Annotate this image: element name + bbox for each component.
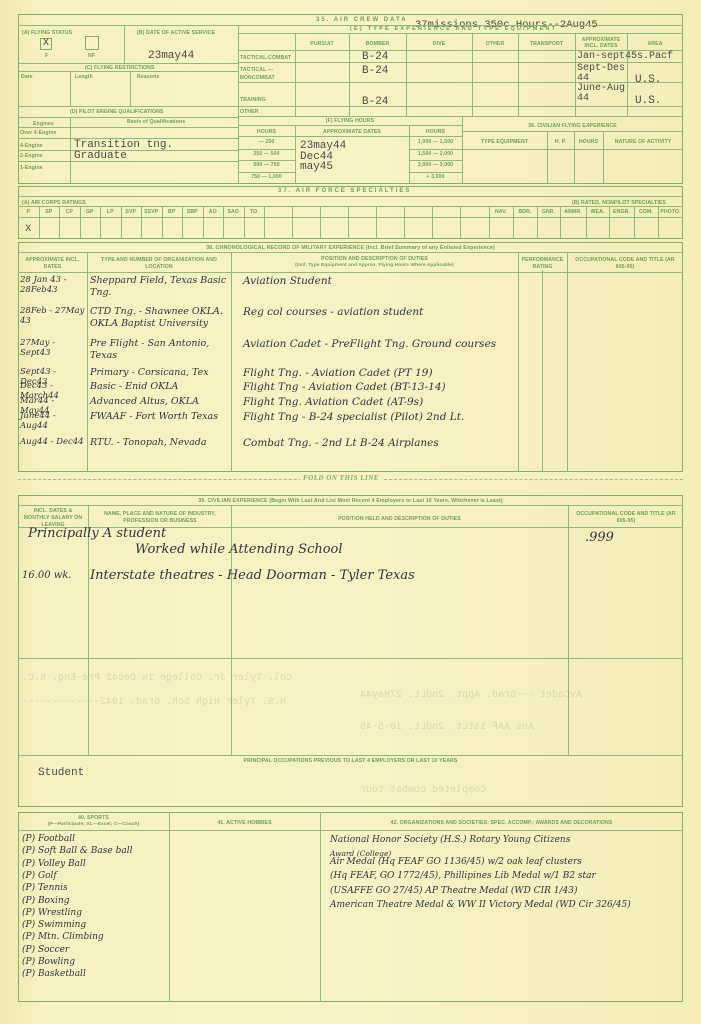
col-divider (586, 206, 587, 239)
bleed-through-text: Col. Tyler Jr. College 1½ Dec42 Pre-Eng.… (22, 673, 292, 684)
restriction-col-length: Length (75, 74, 93, 80)
approx-dates-col: APPROXIMATE DATES (295, 129, 409, 135)
flying-hours-range-right: 1,500 — 2,000 (409, 151, 462, 157)
civ-exp-col-name: NAME, PLACE AND NATURE OF INDUSTRY, PROF… (92, 511, 228, 525)
rating-ao: AO (203, 209, 224, 215)
mil-row-duties: Reg col courses - aviation student (243, 306, 518, 318)
nonpilot-armr: ARMR. (560, 209, 586, 215)
engine-row-2: 2-Engine (20, 153, 43, 159)
sports-item: (P) Boxing (22, 896, 69, 906)
row-other: OTHER (240, 109, 259, 115)
bleed-through-text: Completed combat tour (360, 785, 486, 796)
tactical-noncombat-dates: Sept-Des 44 (577, 64, 627, 84)
sports-item: (P) Wrestling (22, 908, 82, 918)
nonpilot-nav: NAV. (489, 209, 513, 215)
col-approx-dates: APPROXIMATE INCL. DATES (577, 37, 625, 49)
mil-row-org: CTD Tng. - Shawnee OKLA. OKLA Baptist Un… (90, 306, 232, 330)
bleed-through-text: Aus AAF 1stLt. 2ndLt. 10-5-45 (360, 722, 534, 733)
flying-status-f-label: F (45, 53, 48, 59)
row-divider (238, 149, 295, 150)
nonpilot-com: COM. (634, 209, 658, 215)
bleed-through-text: AvCadet ---Grad. Appt. 2ndLt. 27May44 (360, 690, 582, 701)
mil-row-org: Basic - Enid OKLA (90, 381, 232, 393)
col-divider (537, 206, 538, 239)
civ-col-hours: HOURS (574, 139, 603, 145)
rating-svp: SVP (121, 209, 142, 215)
col-divider (560, 206, 561, 239)
row-divider (409, 149, 462, 150)
award-line: Air Medal (Hq FEAF GO 1136/45) w/2 oak l… (330, 857, 582, 867)
mil-row-org: Sheppard Field, Texas Basic Tng. (90, 275, 232, 299)
mil-row-org: RTU. - Tonopah, Nevada (90, 437, 232, 449)
civ-col-nature: NATURE OF ACTIVITY (603, 139, 683, 145)
sports-item: (P) Swimming (22, 920, 86, 930)
rating-bp: BP (162, 209, 183, 215)
engine-row-over4: Over 4-Engine (20, 130, 56, 136)
civ-exp-col-position: POSITION HELD AND DESCRIPTION OF DUTIES (231, 516, 568, 522)
row-divider (238, 172, 295, 173)
hours-col-left: HOURS (238, 129, 295, 135)
civ-col-hp: H. P. (547, 139, 574, 145)
row-tactical-combat: TACTICAL-COMBAT (240, 55, 291, 61)
flying-status-nf-checkbox[interactable] (85, 36, 99, 50)
section-35-title: 35. AIR CREW DATA (316, 17, 408, 23)
engine-row-4: 4-Engine (20, 143, 43, 149)
fold-line-label: FOLD ON THIS LINE (300, 474, 382, 482)
award-line: (USAFFE GO 27/45) AP Theatre Medal (WD C… (330, 886, 577, 896)
mil-row-org: FWAAF - Fort Worth Texas (90, 411, 232, 423)
award-line: National Honor Society (H.S.) Rotary You… (330, 835, 570, 845)
nonpilot-gnr: GNR. (537, 209, 560, 215)
flying-status-label: (A) FLYING STATUS (22, 30, 72, 36)
mil-row-dates: 27May - Sept43 (20, 338, 86, 358)
section-40-subtitle: (P—Participate; XL—Excel; C—Coach) (18, 822, 169, 827)
flying-hours-range-right: + 3,000 (409, 174, 462, 180)
col-divider (634, 206, 635, 239)
form-page: 35. AIR CREW DATA 37missions 350c.Hours-… (0, 0, 701, 1024)
sports-item: (P) Mtn. Climbing (22, 932, 104, 942)
row-divider (238, 160, 295, 161)
col-divider (404, 206, 405, 239)
rating-mark-p[interactable]: X (18, 224, 39, 235)
type-experience-label: (E) TYPE EXPERIENCE AND TYPE EQUIPMENT (350, 26, 557, 32)
col-divider (264, 206, 265, 239)
mil-row-org: Pre Flight - San Antonio, Texas (90, 338, 232, 362)
sports-item: (P) Volley Ball (22, 859, 86, 869)
civ-col-type-equipment: TYPE EQUIPMENT (462, 139, 547, 145)
rating-sp: SP (39, 209, 60, 215)
sports-item: (P) Tennis (22, 883, 68, 893)
col-bomber: BOMBER (349, 41, 406, 47)
training-dates: June-Aug 44 (577, 84, 627, 104)
restriction-col-date: Date (21, 74, 33, 80)
section-37-title: 37. AIR FORCE SPECIALTIES (278, 188, 411, 194)
mil-row-duties: Flight Tng. - Aviation Cadet (PT 19) (243, 367, 518, 379)
mil-col-duties: POSITION AND DESCRIPTION OF DUTIES (231, 256, 518, 262)
flying-hours-range-right: 2,000 — 3,000 (409, 162, 462, 168)
rating-sbp: SBP (182, 209, 203, 215)
basis-col-label: Basis of Qualifications (127, 119, 185, 125)
nonpilot-photo: PHOTO. (658, 209, 683, 215)
rating-lp: LP (100, 209, 121, 215)
row-training: TRAINING (240, 97, 266, 103)
sports-item: (P) Football (22, 834, 75, 844)
section-36-title: 36. CIVILIAN FLYING EXPERIENCE (462, 123, 683, 129)
mil-row-duties: Combat Tng. - 2nd Lt B-24 Airplanes (243, 437, 518, 449)
mil-row-duties: Flight Tng - Aviation Cadet (BT-13-14) (243, 381, 518, 393)
section-41-title: 41. ACTIVE HOBBIES (169, 820, 320, 826)
mil-col-performance: PERFORMANCE RATING (518, 257, 567, 271)
civ-exp-entry-3: Interstate theatres - Head Doorman - Tyl… (90, 568, 415, 583)
mil-col-dates: APPROXIMATE INCL. DATES (20, 257, 85, 271)
col-other: OTHER (472, 41, 518, 47)
mil-row-duties: Flight Tng - B-24 specialist (Pilot) 2nd… (243, 411, 518, 423)
mil-col-org: TYPE AND NUMBER OF ORGANIZATION AND LOCA… (92, 257, 226, 271)
flying-status-nf-label: NF (88, 53, 95, 59)
row-divider (409, 172, 462, 173)
sports-item: (P) Golf (22, 871, 57, 881)
mil-col-duties-note: (Incl. Type Equipment and Approx. Flying… (231, 263, 518, 268)
restriction-col-reasons: Reasons (137, 74, 159, 80)
rating-ssvp: SSVP (141, 209, 162, 215)
date-active-service-label: (B) DATE OF ACTIVE SERVICE (137, 30, 215, 36)
mil-row-dates: June44 - Aug44 (20, 411, 86, 431)
col-divider (513, 206, 514, 239)
hours-col-right: HOURS (409, 129, 462, 135)
tactical-noncombat-area: U.S. (635, 74, 661, 86)
mil-row-org: Primary - Corsicana, Tex (90, 367, 232, 379)
sports-item: (P) Soft Ball & Base ball (22, 846, 132, 856)
sports-item: (P) Bowling (22, 957, 75, 967)
col-dive: DIVE (406, 41, 472, 47)
row-divider (409, 160, 462, 161)
col-divider (348, 206, 349, 239)
col-divider (432, 206, 433, 239)
civ-exp-entry-2: Worked while Attending School (135, 542, 343, 557)
nonpilot-wea: WEA. (586, 209, 609, 215)
rating-to: TO (244, 209, 265, 215)
nonpilot-bdr: BDR. (513, 209, 537, 215)
flying-hours-label: (F) FLYING HOURS (238, 118, 462, 124)
rating-gp: GP (80, 209, 101, 215)
mil-row-duties: Flight Tng. Aviation Cadet (AT-9s) (243, 396, 518, 408)
col-divider (609, 206, 610, 239)
tactical-combat-dates: Jan-sept45 (577, 51, 637, 62)
section-40-title: 40. SPORTS (18, 815, 169, 821)
col-divider (658, 206, 659, 239)
flying-hours-range-right: 1,000 — 1,500 (409, 139, 462, 145)
sports-item: (P) Soccer (22, 945, 69, 955)
bleed-through-text: H.S. Tyler High Sch. Grad. 1942---------… (22, 697, 286, 708)
engine-qualifications-label: (D) PILOT ENGINE QUALIFICATIONS (70, 109, 164, 115)
col-area: AREA (627, 41, 683, 47)
col-divider (489, 206, 490, 239)
engine-row-1: 1-Engine (20, 165, 43, 171)
flying-hours-range-left: — 250 (238, 139, 295, 145)
rating-cp: CP (59, 209, 80, 215)
tactical-combat-area: s.Pacf (637, 51, 673, 62)
award-line: American Theatre Medal & WW II Victory M… (330, 900, 631, 910)
section-38-title: 38. CHRONOLOGICAL RECORD OF MILITARY EXP… (18, 245, 683, 251)
flying-hours-range-left: 250 — 500 (238, 151, 295, 157)
nonpilot-engr: ENGR. (609, 209, 634, 215)
mil-col-occupational: OCCUPATIONAL CODE AND TITLE (AR 605-95) (570, 257, 680, 271)
flying-status-f-checkbox[interactable]: X (40, 38, 52, 50)
mil-row-duties: Aviation Cadet - PreFlight Tng. Ground c… (243, 338, 518, 350)
civ-exp-col-code: OCCUPATIONAL CODE AND TITLE (AR 605-95) (572, 511, 680, 525)
mil-row-dates: Aug44 - Dec44 (20, 437, 86, 447)
flying-hours-range-left: 750 — 1,000 (238, 174, 295, 180)
principal-occupations-value: Student (38, 767, 84, 779)
civ-exp-entry-1: Principally A student (28, 526, 166, 541)
civ-exp-entry-1-code: .999 (585, 530, 614, 545)
col-divider (460, 206, 461, 239)
mil-row-dates: 28 Jan 43 - 28Feb43 (20, 275, 86, 295)
flying-hours-range-left: 500 — 750 (238, 162, 295, 168)
date-active-service-value: 23may44 (148, 50, 194, 62)
tactical-noncombat-bomber: B-24 (362, 65, 388, 77)
col-divider (292, 206, 293, 239)
award-line: (Hq FEAF, GO 1772/45), Phillipines Lib M… (330, 871, 596, 881)
civ-exp-entry-3-salary: 16.00 wk. (22, 570, 72, 581)
sports-item: (P) Basketball (22, 969, 86, 979)
section-42-title: 42. ORGANIZATIONS AND SOCIETIES; SPEC. A… (320, 820, 683, 826)
principal-occupations-label: PRINCIPAL OCCUPATIONS PREVIOUS TO LAST 4… (18, 758, 683, 764)
mil-row-dates: 28Feb - 27May 43 (20, 306, 86, 326)
col-divider (376, 206, 377, 239)
rating-sao: SAO (223, 209, 244, 215)
row-tactical-noncombat: TACTICAL — NONCOMBAT (240, 66, 290, 82)
rating-p: P (18, 209, 39, 215)
mil-row-duties: Aviation Student (243, 275, 518, 287)
section-39-title: 39. CIVILIAN EXPERIENCE (Begin With Last… (18, 498, 683, 504)
mil-row-org: Advanced Altus, OKLA (90, 396, 232, 408)
col-divider (320, 206, 321, 239)
flying-hours-date-3: may45 (300, 161, 333, 173)
col-transport: TRANSPORT (518, 41, 575, 47)
col-pursuit: PURSUIT (295, 41, 349, 47)
